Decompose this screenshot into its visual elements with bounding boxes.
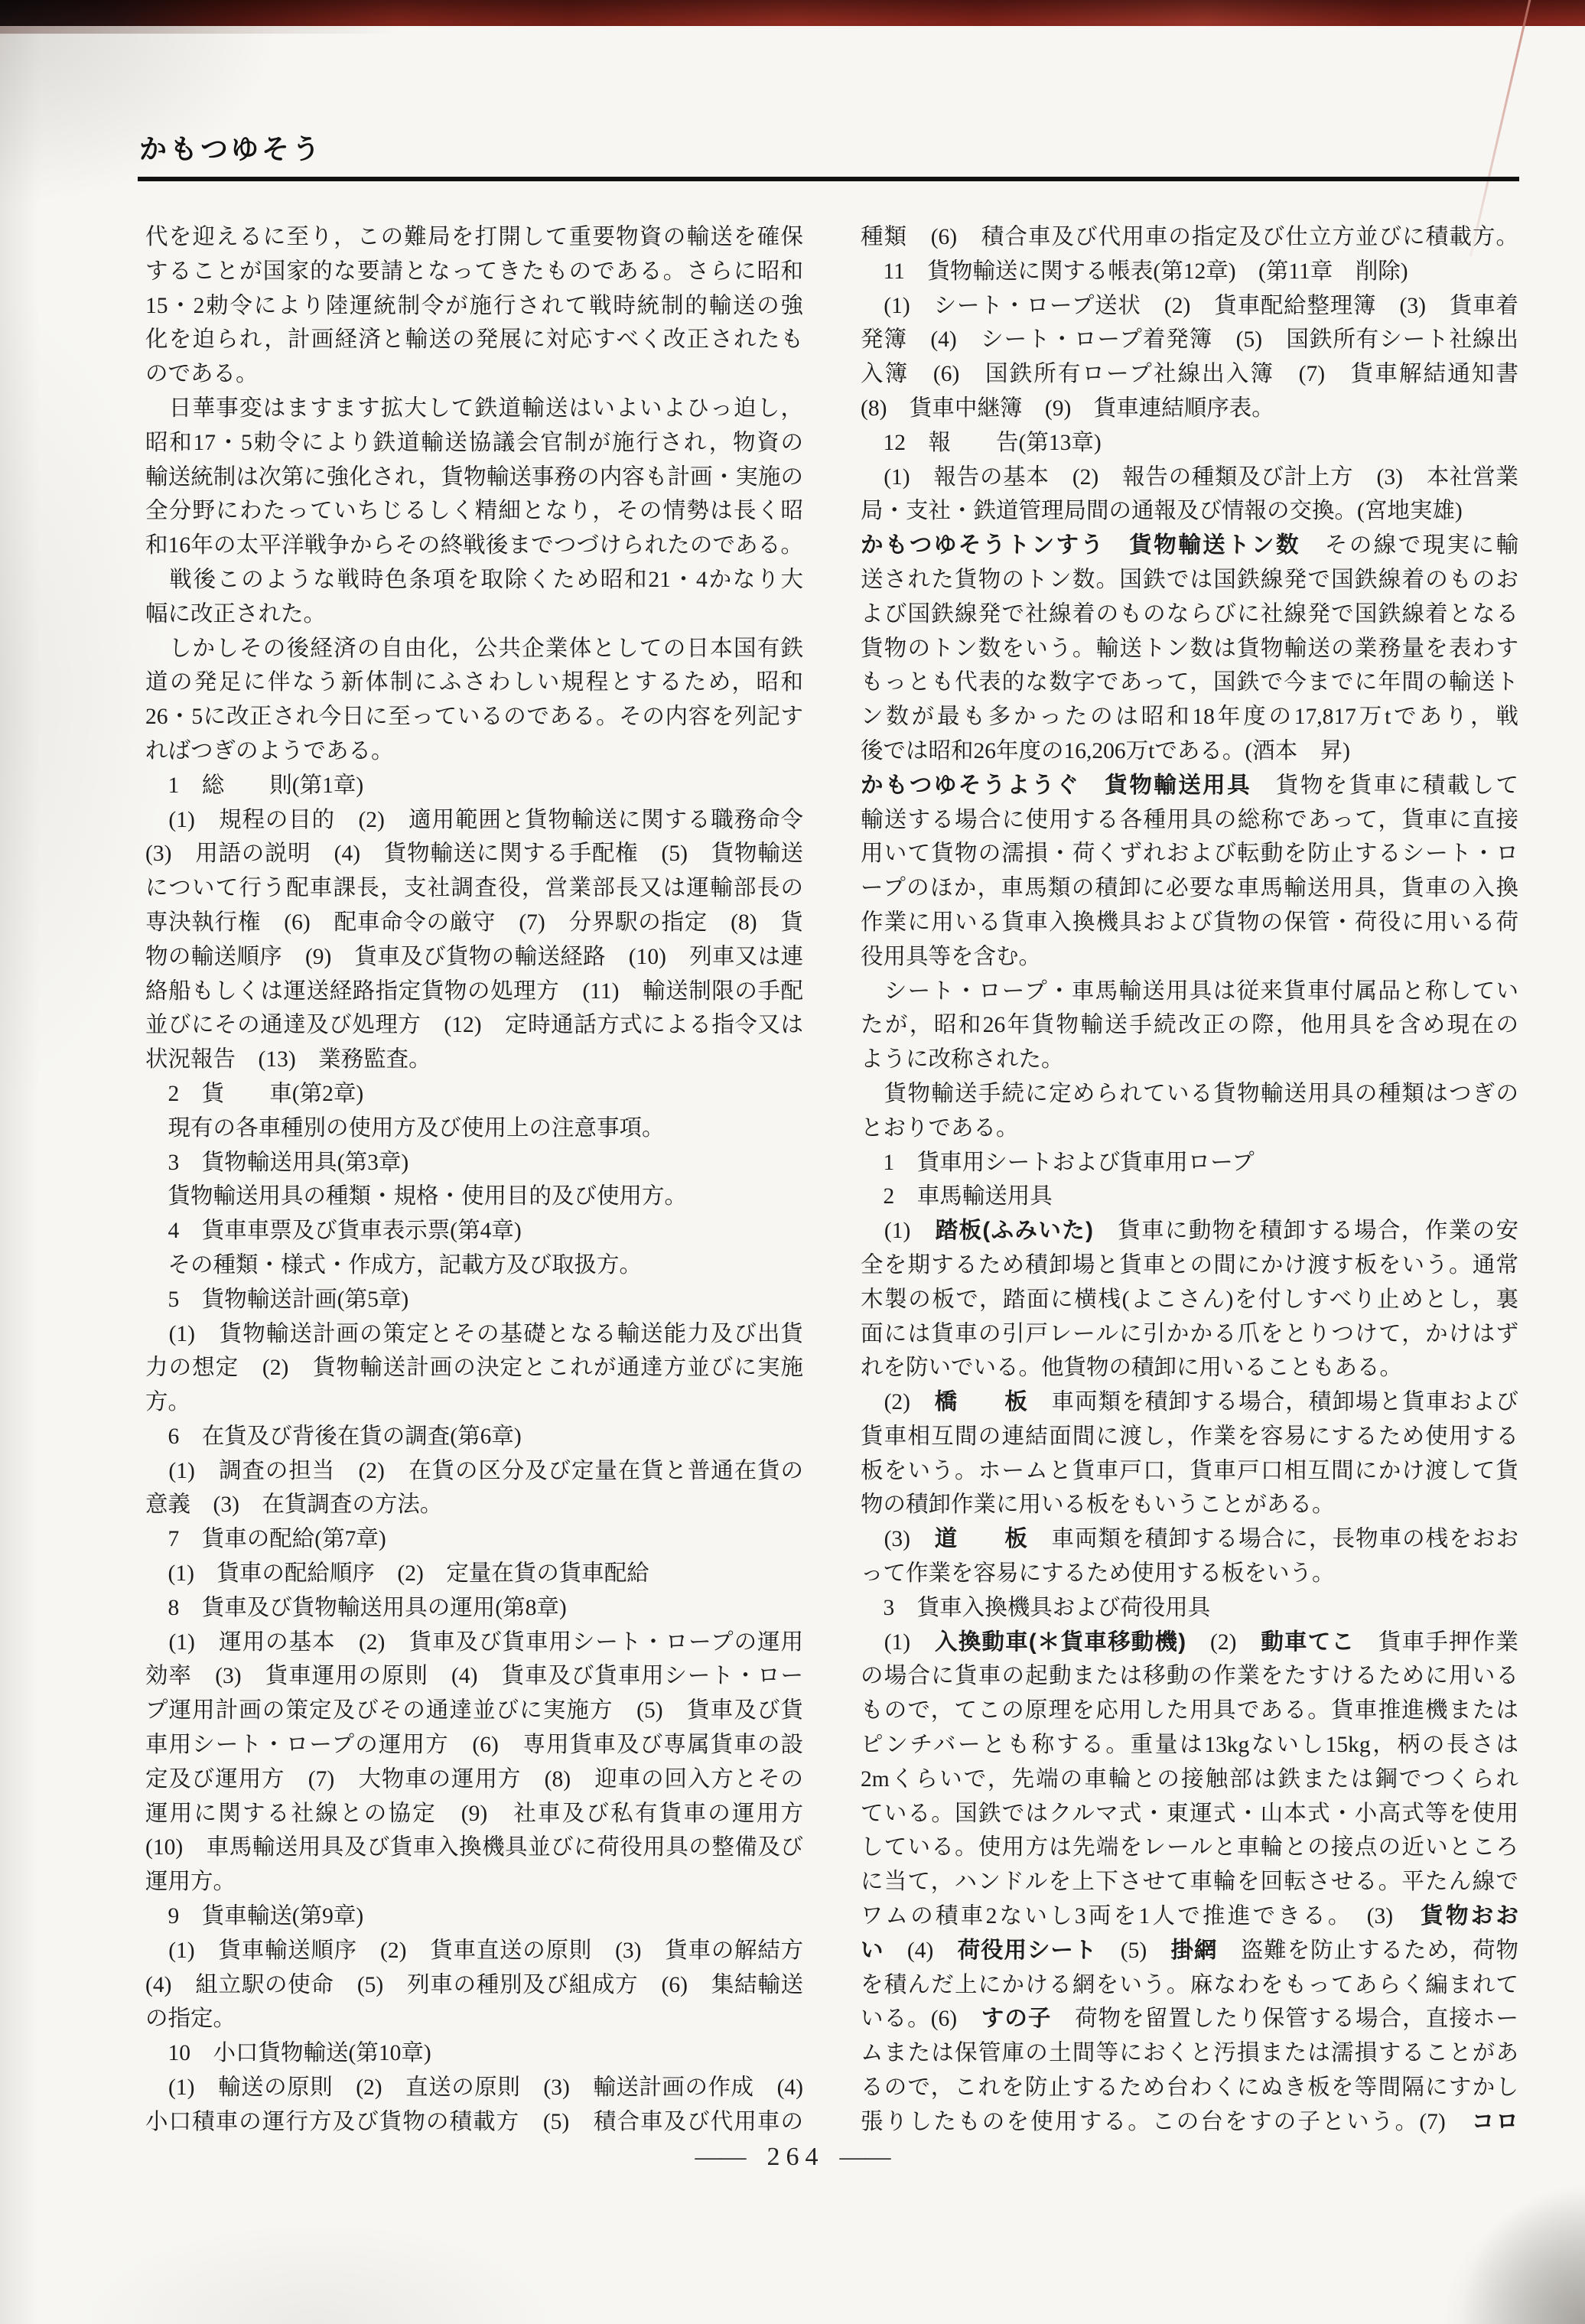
text-line: い (4) 荷役用シート (5) 掛網 盗難を防止するため，荷物: [861, 1934, 1518, 1968]
bold-term: 貨物おお: [1421, 1903, 1518, 1929]
text-line: に当て，ハンドルを上下させて車輪を回転させる。平たん線で: [861, 1865, 1518, 1899]
scan-artifact-top-band: [0, 0, 1585, 26]
text-line: (1) 入換動車(＊貨車移動機) (2) 動車てこ 貨車手押作業: [861, 1626, 1518, 1660]
text-segment: 代を迎えるに至り，この難局を打開して重要物資の輸送を確保: [145, 225, 803, 249]
text-segment: 2 貨 車(第2章): [145, 1082, 363, 1106]
text-line: 日華事変はますます拡大して鉄道輸送はいよいよひっ迫し，: [145, 392, 803, 426]
text-segment: (2): [861, 1390, 935, 1414]
text-line: (4) 組立駅の使命 (5) 列車の種別及び組成方 (6) 集結輸送: [145, 1968, 803, 2003]
text-line: 3 貨車入換機具および荷役用具: [861, 1591, 1518, 1626]
text-segment: るので，これを防止するため台わくにぬき板を等間隔にすかし: [861, 2075, 1518, 2100]
text-segment: 木製の板で，踏面に横桟(よこさん)を付しすべり止めとし，裏: [861, 1287, 1518, 1312]
text-segment: 定及び運用方 (7) 大物車の運用方 (8) 迎車の回入方とその: [145, 1767, 803, 1792]
text-segment: 方。: [145, 1390, 190, 1414]
text-line: 貨物輸送手続に定められている貨物輸送用具の種類はつぎの: [861, 1077, 1518, 1112]
text-segment: (1) 報告の基本 (2) 報告の種類及び計上方 (3) 本社営業: [861, 465, 1518, 490]
text-segment: 8 貨車及び貨物輸送用具の運用(第8章): [145, 1596, 567, 1620]
text-segment: (10) 車馬輸送用具及び貨車入換機具並びに荷役用具の整備及び: [145, 1835, 803, 1860]
text-segment: 貨車に動物を積卸する場合，作業の安: [1093, 1219, 1518, 1243]
text-line: ムまたは保管庫の土間等におくと汚損または濡損することがあ: [861, 2036, 1518, 2071]
text-line: 9 貨車輸送(第9章): [145, 1899, 803, 1934]
text-line: 道の発足に伴なう新体制にふさわしい規程とするため，昭和: [145, 666, 803, 700]
text-segment: 12 報 告(第13章): [861, 431, 1102, 455]
bold-term: い: [861, 1938, 884, 1963]
text-segment: 張りしたものを使用する。この台をすの子という。(7): [861, 2110, 1472, 2134]
text-line: 和16年の太平洋戦争からその終戦後までつづけられたのである。: [145, 529, 803, 563]
text-segment: 15・2勅令により陸運統制令が施行されて戦時統制的輸送の強: [145, 294, 803, 318]
text-line: 貨物のトン数をいう。輸送トン数は貨物輸送の業務量を表わす: [861, 632, 1518, 666]
text-segment: ように改称された。: [861, 1047, 1064, 1072]
text-line: もっとも代表的な数字であって，国鉄で今までに年間の輸送ト: [861, 666, 1518, 700]
text-line: している。使用方は先端をレールと車輪との接点の近いところ: [861, 1831, 1518, 1865]
text-line: (3) 用語の説明 (4) 貨物輸送に関する手配権 (5) 貨物輸送: [145, 837, 803, 871]
text-line: 戦後このような戦時色条項を取除くため昭和21・4かなり大: [145, 563, 803, 597]
text-line: 専決執行権 (6) 配車命令の厳守 (7) 分界駅の指定 (8) 貨: [145, 906, 803, 940]
text-line: 輸送統制は次第に強化され，貨物輸送事務の内容も計画・実施の: [145, 461, 803, 495]
text-segment: 貨物のトン数をいう。輸送トン数は貨物輸送の業務量を表わす: [861, 636, 1518, 661]
text-segment: 効率 (3) 貨車運用の原則 (4) 貨車及び貨車用シート・ロー: [145, 1664, 803, 1688]
bold-term: 荷役用シート: [958, 1938, 1098, 1963]
text-segment: 物の輸送順序 (9) 貨車及び貨物の輸送経路 (10) 列車又は連: [145, 945, 803, 969]
text-segment: 全分野にわたっていちじるしく精細となり，その情勢は長く昭: [145, 499, 803, 523]
text-line: かもつゆそうようぐ 貨物輸送用具 貨物を貨車に積載して: [861, 769, 1518, 803]
text-segment: 入簿 (6) 国鉄所有ロープ社線出入簿 (7) 貨車解結通知書: [861, 362, 1518, 386]
text-segment: 幅に改正された。: [145, 602, 326, 627]
text-segment: 輸送する場合に使用する各種用具の総称であって，貨車に直接: [861, 808, 1518, 832]
bold-term: かもつゆそうようぐ: [861, 773, 1080, 798]
text-line: 運用に関する社線との協定 (9) 社車及び私有貨車の運用方: [145, 1797, 803, 1831]
text-line: 貨物輸送用具の種類・規格・使用目的及び使用方。: [145, 1180, 803, 1214]
text-line: 15・2勅令により陸運統制令が施行されて戦時統制的輸送の強: [145, 289, 803, 324]
text-line: 4 貨車車票及び貨車表示票(第4章): [145, 1214, 803, 1248]
bold-term: すの子: [981, 2006, 1052, 2031]
text-line: 送された貨物のトン数。国鉄では国鉄線発で国鉄線着のものお: [861, 563, 1518, 597]
text-segment: 昭和17・5勅令により鉄道輸送協議会官制が施行され，物資の: [145, 431, 803, 455]
text-line: 小口積車の運行方及び貨物の積載方 (5) 積合車及び代用車の: [145, 2105, 803, 2140]
text-segment: ればつぎのようである。: [145, 739, 394, 763]
text-segment: (1) 運用の基本 (2) 貨車及び貨車用シート・ロープの運用: [145, 1630, 803, 1655]
bold-term: 動車てこ: [1261, 1629, 1355, 1655]
text-segment: 盗難を防止するため，荷物: [1217, 1938, 1518, 1963]
text-segment: って作業を容易にするため使用する板をいう。: [861, 1561, 1335, 1586]
text-line: 力の想定 (2) 貨物輸送計画の決定とこれが通達方並びに実施: [145, 1351, 803, 1385]
text-line: の場合に貨車の起動または移動の作業をたすけるために用いる: [861, 1659, 1518, 1694]
text-line: 面には貨車の引戸レールに引かかる爪をとりつけて，かけはず: [861, 1317, 1518, 1352]
text-segment: 6 在貨及び背後在貨の調査(第6章): [145, 1424, 522, 1449]
text-line: 全分野にわたっていちじるしく精細となり，その情勢は長く昭: [145, 494, 803, 529]
text-line: 12 報 告(第13章): [861, 426, 1518, 461]
text-segment: もっとも代表的な数字であって，国鉄で今までに年間の輸送ト: [861, 670, 1518, 695]
text-line: (1) 貨車の配給順序 (2) 定量在貨の貨車配給: [145, 1557, 803, 1591]
text-segment: 貨車手押作業: [1355, 1630, 1518, 1655]
text-segment: 送された貨物のトン数。国鉄では国鉄線発で国鉄線着のものお: [861, 568, 1518, 592]
bold-term: 踏板(ふみいた): [936, 1218, 1093, 1243]
text-segment: することが国家的な要請となってきたものである。さらに昭和: [145, 259, 803, 284]
text-segment: (3) 用語の説明 (4) 貨物輸送に関する手配権 (5) 貨物輸送: [145, 841, 803, 866]
text-segment: 9 貨車輸送(第9章): [145, 1904, 363, 1929]
text-segment: 発簿 (4) シート・ロープ着発簿 (5) 国鉄所有シート社線出: [861, 327, 1518, 352]
text-line: 用いて貨物の濡損・荷くずれおよび転動を防止するシート・ロ: [861, 837, 1518, 871]
text-line: 物の輸送順序 (9) 貨車及び貨物の輸送経路 (10) 列車又は連: [145, 940, 803, 975]
text-line: 状況報告 (13) 業務監査。: [145, 1043, 803, 1077]
text-line: シート・ロープ・車馬輸送用具は従来貨車付属品と称してい: [861, 975, 1518, 1009]
text-line: 8 貨車及び貨物輸送用具の運用(第8章): [145, 1591, 803, 1626]
text-line: 化を迫られ，計画経済と輸送の発展に対応すべく改正されたも: [145, 323, 803, 357]
text-segment: れを防いでいる。他貨物の積卸に用いることもある。: [861, 1356, 1402, 1380]
text-line: 種類 (6) 積合車及び代用車の指定及び仕立方並びに積載方。: [861, 220, 1518, 255]
text-segment: 荷物を留置したり保管する場合，直接ホー: [1052, 2007, 1518, 2031]
text-segment: ン数が最も多かったのは昭和18年度の17,817万tであり，戦: [861, 705, 1518, 729]
text-segment: のである。: [145, 362, 259, 386]
text-line: 現有の各車種別の使用方及び使用上の注意事項。: [145, 1112, 803, 1146]
text-segment: 11 貨物輸送に関する帳表(第12章) (第11章 削除): [861, 259, 1408, 284]
text-segment: 4 貨車車票及び貨車表示票(第4章): [145, 1219, 522, 1243]
text-line: (1) 報告の基本 (2) 報告の種類及び計上方 (3) 本社営業: [861, 461, 1518, 495]
text-segment: 2mくらいで，先端の車輪との接触部は鉄または鋼でつくられ: [861, 1767, 1518, 1792]
text-segment: (1) 貨車の配給順序 (2) 定量在貨の貨車配給: [145, 1561, 649, 1586]
bold-term: 道 板: [935, 1526, 1028, 1551]
text-line: 方。: [145, 1385, 803, 1420]
text-line: ン数が最も多かったのは昭和18年度の17,817万tであり，戦: [861, 700, 1518, 734]
text-line: 代を迎えるに至り，この難局を打開して重要物資の輸送を確保: [145, 220, 803, 255]
text-line: しかしその後経済の自由化，公共企業体としての日本国有鉄: [145, 632, 803, 666]
text-line: (1) 貨車輸送順序 (2) 貨車直送の原則 (3) 貨車の解結方: [145, 1934, 803, 1968]
text-line: 6 在貨及び背後在貨の調査(第6章): [145, 1420, 803, 1454]
text-line: (3) 道 板 車両類を積卸する場合に，長物車の桟をおお: [861, 1522, 1518, 1557]
bold-term: かもつゆそうトンすう: [861, 532, 1105, 558]
bold-term: 入換動車(＊貨車移動機): [935, 1629, 1186, 1655]
bold-term: コロ: [1472, 2109, 1518, 2134]
text-line: (10) 車馬輸送用具及び貨車入換機具並びに荷役用具の整備及び: [145, 1831, 803, 1865]
text-segment: 役用具等を含む。: [861, 945, 1041, 969]
text-segment: (2): [1186, 1630, 1261, 1655]
text-line: 絡船もしくは運送経路指定貨物の処理方 (11) 輸送制限の手配: [145, 975, 803, 1009]
text-segment: 10 小口貨物輸送(第10章): [145, 2041, 431, 2065]
text-line: の指定。: [145, 2002, 803, 2036]
footer-dash-left: ――: [695, 2143, 746, 2171]
text-line: 2 貨 車(第2章): [145, 1077, 803, 1112]
text-segment: ピンチバーとも称する。重量は13kgないし15kg，柄の長さは: [861, 1733, 1518, 1757]
text-segment: 用いて貨物の濡損・荷くずれおよび転動を防止するシート・ロ: [861, 841, 1518, 866]
text-line: 車用シート・ロープの運用方 (6) 専用貨車及び専属貨車の設: [145, 1728, 803, 1763]
text-line: ワムの積車2ないし3両を1人で推進できる。 (3) 貨物おお: [861, 1899, 1518, 1934]
page-footer: ――264――: [0, 2139, 1585, 2176]
text-segment: 貨物を貨車に積載して: [1251, 773, 1518, 798]
text-line: 5 貨物輸送計画(第5章): [145, 1283, 803, 1317]
text-segment: (1) 輸送の原則 (2) 直送の原則 (3) 輸送計画の作成 (4): [145, 2075, 803, 2100]
text-segment: 車両類を積卸する場合に，長物車の桟をおお: [1028, 1527, 1518, 1551]
text-line: って作業を容易にするため使用する板をいう。: [861, 1557, 1518, 1591]
text-line: 11 貨物輸送に関する帳表(第12章) (第11章 削除): [861, 255, 1518, 289]
text-line: ればつぎのようである。: [145, 734, 803, 769]
text-line: ている。国鉄ではクルマ式・東運式・山本式・小高式等を使用: [861, 1797, 1518, 1831]
text-segment: 3 貨車入換機具および荷役用具: [861, 1596, 1210, 1620]
text-line: (1) シート・ロープ送状 (2) 貨車配給整理簿 (3) 貨車着: [861, 289, 1518, 324]
text-segment: 運用方。: [145, 1870, 236, 1894]
text-segment: 1 総 則(第1章): [145, 773, 363, 798]
text-line: 2mくらいで，先端の車輪との接触部は鉄または鋼でつくられ: [861, 1763, 1518, 1797]
text-segment: 貨物輸送用具の種類・規格・使用目的及び使用方。: [145, 1184, 687, 1209]
text-segment: 作業に用いる貨車入換機具および貨物の保管・荷役に用いる荷: [861, 910, 1518, 935]
text-segment: 現有の各車種別の使用方及び使用上の注意事項。: [145, 1116, 665, 1141]
text-segment: ている。国鉄ではクルマ式・東運式・山本式・小高式等を使用: [861, 1802, 1518, 1826]
text-line: 作業に用いる貨車入換機具および貨物の保管・荷役に用いる荷: [861, 906, 1518, 940]
text-line: よび国鉄線発で社線着のものならびに社線発で国鉄線着となる: [861, 597, 1518, 632]
text-line: 物の積卸作業に用いる板をもいうことがある。: [861, 1488, 1518, 1522]
text-segment: について行う配車課長，支社調査役，営業部長又は運輸部長の: [145, 876, 803, 900]
text-line: について行う配車課長，支社調査役，営業部長又は運輸部長の: [145, 871, 803, 906]
page-number: 264: [767, 2143, 825, 2171]
text-segment: (5): [1097, 1938, 1170, 1963]
text-segment: 車両類を積卸する場合，積卸場と貨車および: [1028, 1390, 1518, 1414]
bold-term: 貨物輸送トン数: [1129, 532, 1300, 558]
text-line: その種類・様式・作成方，記載方及び取扱方。: [145, 1248, 803, 1283]
text-line: 後では昭和26年度の16,206万tである。(酒本 昇): [861, 734, 1518, 769]
text-line: ープのほか，車馬類の積卸に必要な車馬輸送用具，貨車の入換: [861, 871, 1518, 906]
text-segment: (1) 貨物輸送計画の策定とその基礎となる輸送能力及び出貨: [145, 1322, 803, 1346]
scan-artifact-diagonal-line: [1469, 0, 1534, 256]
text-segment: 貨物輸送手続に定められている貨物輸送用具の種類はつぎの: [861, 1082, 1518, 1106]
column-left: 代を迎えるに至り，この難局を打開して重要物資の輸送を確保することが国家的な要請と…: [145, 220, 803, 2140]
text-segment: (8) 貨車中継簿 (9) 貨車連結順序表。: [861, 396, 1274, 421]
text-segment: の場合に貨車の起動または移動の作業をたすけるために用いる: [861, 1664, 1518, 1688]
text-line: るので，これを防止するため台わくにぬき板を等間隔にすかし: [861, 2071, 1518, 2105]
text-segment: 化を迫られ，計画経済と輸送の発展に対応すべく改正されたも: [145, 327, 803, 352]
text-segment: 車用シート・ロープの運用方 (6) 専用貨車及び専属貨車の設: [145, 1733, 803, 1757]
text-segment: ワムの積車2ないし3両を1人で推進できる。 (3): [861, 1904, 1421, 1929]
text-segment: [1105, 533, 1129, 558]
text-segment: している。使用方は先端をレールと車輪との接点の近いところ: [861, 1835, 1518, 1860]
text-line: 貨車相互間の連結面間に渡し，作業を容易にするため使用する: [861, 1420, 1518, 1454]
text-segment: いる。(6): [861, 2007, 981, 2031]
text-segment: 小口積車の運行方及び貨物の積載方 (5) 積合車及び代用車の: [145, 2110, 803, 2134]
text-line: とおりである。: [861, 1112, 1518, 1146]
text-line: もので，てこの原理を応用した用具である。貨車推進機または: [861, 1694, 1518, 1728]
column-right: 種類 (6) 積合車及び代用車の指定及び仕立方並びに積載方。 11 貨物輸送に関…: [861, 220, 1518, 2140]
text-line: 2 車馬輸送用具: [861, 1180, 1518, 1214]
text-line: 板をいう。ホームと貨車戸口，貨車戸口相互間にかけ渡して貨: [861, 1454, 1518, 1489]
text-segment: [1080, 773, 1105, 798]
text-segment: 全を期するため積卸場と貨車との間にかけ渡す板をいう。通常: [861, 1253, 1518, 1278]
text-segment: たが，昭和26年貨物輸送手続改正の際，他用具を含め現在の: [861, 1013, 1518, 1037]
text-line: (1) 踏板(ふみいた) 貨車に動物を積卸する場合，作業の安: [861, 1214, 1518, 1248]
text-line: 1 貨車用シートおよび貨車用ロープ: [861, 1146, 1518, 1180]
text-line: 局・支社・鉄道管理局間の通報及び情報の交換。(宮地実雄): [861, 494, 1518, 529]
text-segment: 状況報告 (13) 業務監査。: [145, 1047, 431, 1072]
text-line: 木製の板で，踏面に横桟(よこさん)を付しすべり止めとし，裏: [861, 1283, 1518, 1317]
text-segment: (1) 貨車輸送順序 (2) 貨車直送の原則 (3) 貨車の解結方: [145, 1938, 803, 1963]
text-segment: 和16年の太平洋戦争からその終戦後までつづけられたのである。: [145, 533, 803, 558]
text-segment: (4) 組立駅の使命 (5) 列車の種別及び組成方 (6) 集結輸送: [145, 1973, 803, 1997]
bold-term: 掛網: [1171, 1938, 1218, 1963]
text-segment: 後では昭和26年度の16,206万tである。(酒本 昇): [861, 739, 1350, 763]
text-line: 入簿 (6) 国鉄所有ロープ社線出入簿 (7) 貨車解結通知書: [861, 357, 1518, 392]
text-line: 1 総 則(第1章): [145, 769, 803, 803]
text-segment: 力の想定 (2) 貨物輸送計画の決定とこれが通達方並びに実施: [145, 1356, 803, 1380]
text-segment: 日華事変はますます拡大して鉄道輸送はいよいよひっ迫し，: [145, 396, 803, 421]
text-segment: (4): [884, 1938, 957, 1963]
text-line: 意義 (3) 在貨調査の方法。: [145, 1488, 803, 1522]
text-segment: (1): [861, 1630, 935, 1655]
text-line: 3 貨物輸送用具(第3章): [145, 1146, 803, 1180]
text-line: することが国家的な要請となってきたものである。さらに昭和: [145, 255, 803, 289]
text-line: かもつゆそうトンすう 貨物輸送トン数 その線で現実に輸: [861, 529, 1518, 563]
text-segment: プ運用計画の策定及びその通達並びに実施方 (5) 貨車及び貨: [145, 1698, 803, 1723]
text-line: 10 小口貨物輸送(第10章): [145, 2036, 803, 2071]
text-line: 全を期するため積卸場と貨車との間にかけ渡す板をいう。通常: [861, 1248, 1518, 1283]
text-segment: (3): [861, 1527, 935, 1551]
text-line: いる。(6) すの子 荷物を留置したり保管する場合，直接ホー: [861, 2002, 1518, 2036]
text-segment: を積んだ上にかける網をいう。麻なわをもってあらく編まれて: [861, 1973, 1518, 1997]
text-segment: 道の発足に伴なう新体制にふさわしい規程とするため，昭和: [145, 670, 803, 695]
text-line: (1) 輸送の原則 (2) 直送の原則 (3) 輸送計画の作成 (4): [145, 2071, 803, 2105]
text-line: ピンチバーとも称する。重量は13kgないし15kg，柄の長さは: [861, 1728, 1518, 1763]
text-line: 7 貨車の配給(第7章): [145, 1522, 803, 1557]
running-head: かもつゆそう: [139, 133, 323, 165]
text-segment: 3 貨物輸送用具(第3章): [145, 1151, 408, 1175]
text-segment: (1): [861, 1219, 936, 1243]
text-line: 26・5に改正され今日に至っているのである。その内容を列記す: [145, 700, 803, 734]
text-segment: その線で現実に輸: [1300, 533, 1518, 558]
text-segment: 意義 (3) 在貨調査の方法。: [145, 1492, 442, 1517]
text-line: 発簿 (4) シート・ロープ着発簿 (5) 国鉄所有シート社線出: [861, 323, 1518, 357]
bold-term: 橋 板: [935, 1389, 1028, 1414]
bold-term: 貨物輸送用具: [1105, 773, 1251, 798]
text-segment: 物の積卸作業に用いる板をもいうことがある。: [861, 1492, 1335, 1517]
text-segment: 戦後このような戦時色条項を取除くため昭和21・4かなり大: [145, 568, 803, 592]
text-line: 並びにその通達及び処理方 (12) 定時通話方式による指令又は: [145, 1008, 803, 1043]
text-line: (1) 貨物輸送計画の策定とその基礎となる輸送能力及び出貨: [145, 1317, 803, 1352]
text-segment: 面には貨車の引戸レールに引かかる爪をとりつけて，かけはず: [861, 1322, 1518, 1346]
text-segment: 貨車相互間の連結面間に渡し，作業を容易にするため使用する: [861, 1424, 1518, 1449]
text-line: 運用方。: [145, 1865, 803, 1899]
header-divider-rule: [138, 177, 1519, 181]
scan-artifact-corner-smudge: [1455, 2179, 1585, 2324]
text-segment: よび国鉄線発で社線着のものならびに社線発で国鉄線着となる: [861, 602, 1518, 627]
text-segment: 運用に関する社線との協定 (9) 社車及び私有貨車の運用方: [145, 1802, 803, 1826]
text-line: たが，昭和26年貨物輸送手続改正の際，他用具を含め現在の: [861, 1008, 1518, 1043]
text-line: を積んだ上にかける網をいう。麻なわをもってあらく編まれて: [861, 1968, 1518, 2003]
text-line: のである。: [145, 357, 803, 392]
text-segment: 7 貨車の配給(第7章): [145, 1527, 386, 1551]
text-segment: 5 貨物輸送計画(第5章): [145, 1287, 408, 1312]
text-segment: 種類 (6) 積合車及び代用車の指定及び仕立方並びに積載方。: [861, 225, 1518, 249]
text-segment: ムまたは保管庫の土間等におくと汚損または濡損することがあ: [861, 2041, 1518, 2065]
text-line: れを防いでいる。他貨物の積卸に用いることもある。: [861, 1351, 1518, 1385]
text-segment: の指定。: [145, 2007, 236, 2031]
text-segment: 1 貨車用シートおよび貨車用ロープ: [861, 1151, 1255, 1175]
text-segment: (1) 調査の担当 (2) 在貨の区分及び定量在貨と普通在貨の: [145, 1459, 803, 1483]
text-line: (2) 橋 板 車両類を積卸する場合，積卸場と貨車および: [861, 1385, 1518, 1420]
text-segment: 2 車馬輸送用具: [861, 1184, 1053, 1209]
text-segment: (1) シート・ロープ送状 (2) 貨車配給整理簿 (3) 貨車着: [861, 294, 1518, 318]
text-segment: 並びにその通達及び処理方 (12) 定時通話方式による指令又は: [145, 1013, 803, 1037]
text-segment: 局・支社・鉄道管理局間の通報及び情報の交換。(宮地実雄): [861, 499, 1463, 523]
text-segment: その種類・様式・作成方，記載方及び取扱方。: [145, 1253, 642, 1278]
text-line: (1) 運用の基本 (2) 貨車及び貨車用シート・ロープの運用: [145, 1626, 803, 1660]
text-line: ように改称された。: [861, 1043, 1518, 1077]
text-line: 張りしたものを使用する。この台をすの子という。(7) コロ: [861, 2105, 1518, 2140]
text-segment: 専決執行権 (6) 配車命令の厳守 (7) 分界駅の指定 (8) 貨: [145, 910, 803, 935]
text-segment: (1) 規程の目的 (2) 適用範囲と貨物輸送に関する職務命令: [145, 808, 803, 832]
text-line: 役用具等を含む。: [861, 940, 1518, 975]
text-segment: 26・5に改正され今日に至っているのである。その内容を列記す: [145, 705, 803, 729]
text-segment: シート・ロープ・車馬輸送用具は従来貨車付属品と称してい: [861, 979, 1518, 1004]
text-line: (1) 規程の目的 (2) 適用範囲と貨物輸送に関する職務命令: [145, 803, 803, 838]
text-line: 幅に改正された。: [145, 597, 803, 632]
text-line: 定及び運用方 (7) 大物車の運用方 (8) 迎車の回入方とその: [145, 1763, 803, 1797]
text-line: (1) 調査の担当 (2) 在貨の区分及び定量在貨と普通在貨の: [145, 1454, 803, 1489]
text-segment: に当て，ハンドルを上下させて車輪を回転させる。平たん線で: [861, 1870, 1518, 1894]
text-segment: ープのほか，車馬類の積卸に必要な車馬輸送用具，貨車の入換: [861, 876, 1518, 900]
scanned-page: かもつゆそう 代を迎えるに至り，この難局を打開して重要物資の輸送を確保することが…: [0, 0, 1585, 2324]
text-segment: 板をいう。ホームと貨車戸口，貨車戸口相互間にかけ渡して貨: [861, 1459, 1518, 1483]
text-line: 輸送する場合に使用する各種用具の総称であって，貨車に直接: [861, 803, 1518, 838]
text-segment: 輸送統制は次第に強化され，貨物輸送事務の内容も計画・実施の: [145, 465, 803, 490]
text-segment: しかしその後経済の自由化，公共企業体としての日本国有鉄: [145, 636, 803, 661]
text-segment: 絡船もしくは運送経路指定貨物の処理方 (11) 輸送制限の手配: [145, 979, 803, 1004]
text-segment: とおりである。: [861, 1116, 1019, 1141]
text-segment: もので，てこの原理を応用した用具である。貨車推進機または: [861, 1698, 1518, 1723]
footer-dash-right: ――: [840, 2143, 890, 2171]
text-line: プ運用計画の策定及びその通達並びに実施方 (5) 貨車及び貨: [145, 1694, 803, 1728]
text-line: (8) 貨車中継簿 (9) 貨車連結順序表。: [861, 392, 1518, 426]
text-line: 昭和17・5勅令により鉄道輸送協議会官制が施行され，物資の: [145, 426, 803, 461]
text-line: 効率 (3) 貨車運用の原則 (4) 貨車及び貨車用シート・ロー: [145, 1659, 803, 1694]
